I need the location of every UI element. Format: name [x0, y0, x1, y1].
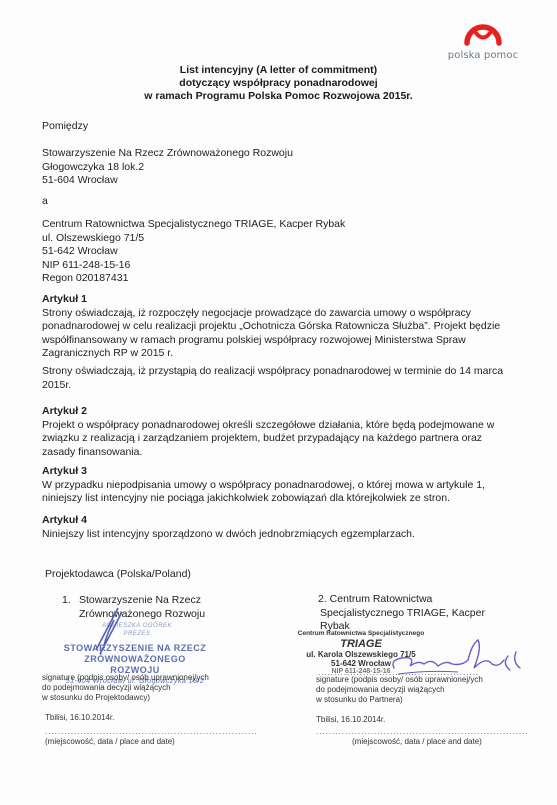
- article-1-extra: Strony oświadczają, iż przystąpią do rea…: [42, 365, 503, 392]
- left-caption-line-1: signature (podpis osoby/ osób uprawnione…: [42, 673, 209, 683]
- party-1-block: Stowarzyszenie Na Rzecz Zrównoważonego R…: [42, 147, 293, 188]
- title-line-1: List intencyjny (A letter of commitment): [0, 64, 557, 77]
- signatures-heading: Projektodawca (Polska/Poland): [45, 568, 191, 582]
- right-place-date: Tbilisi, 16.10.2014r.: [316, 715, 385, 725]
- right-place-dots: ........................................…: [316, 727, 529, 736]
- polska-pomoc-smile-icon: [462, 12, 504, 46]
- article-1-extra-line: Strony oświadczają, iż przystąpią do rea…: [42, 365, 503, 379]
- title-line-3: w ramach Programu Polska Pomoc Rozwojowa…: [0, 90, 557, 103]
- party-2-city: 51-642 Wrocław: [42, 245, 345, 259]
- left-signature-caption: signature (podpis osoby/ osób uprawnione…: [42, 673, 209, 703]
- article-3-heading: Artykuł 3: [42, 465, 485, 479]
- party-2-name: Centrum Ratownictwa Specjalistycznego TR…: [42, 218, 345, 232]
- right-party-name: 2. Centrum Ratownictwa Specjalistycznego…: [318, 593, 485, 634]
- right-caption-line-3: w stosunku do Partnera): [316, 695, 483, 705]
- article-2-line: Projekt o współpracy ponadnarodowej okre…: [42, 419, 494, 433]
- article-3-line: W przypadku niepodpisania umowy o współp…: [42, 479, 485, 493]
- article-1-extra-line: 2015r.: [42, 379, 503, 393]
- left-caption-line-2: do podejmowania decyzji wiążących: [42, 683, 209, 693]
- right-party-name-line-1: 2. Centrum Ratownictwa: [318, 593, 485, 607]
- title-line-2: dotyczący współpracy ponadnarodowej: [0, 77, 557, 90]
- party-1-name: Stowarzyszenie Na Rzecz Zrównoważonego R…: [42, 147, 293, 161]
- right-signature-caption: signature (podpis osoby/ osób uprawnione…: [316, 675, 483, 705]
- article-3: Artykuł 3 W przypadku niepodpisania umow…: [42, 465, 485, 506]
- party-1-city: 51-604 Wrocław: [42, 174, 293, 188]
- party-2-regon: Regon 020187431: [42, 272, 345, 286]
- and-label: a: [42, 195, 48, 209]
- left-stamp-line-1: STOWARZYSZENIE NA RZECZ: [60, 643, 210, 654]
- logo-text: polska pomoc: [438, 50, 528, 61]
- article-1-line: Strony oświadczają, iż rozpoczęły negocj…: [42, 307, 500, 321]
- left-place-dots: ........................................…: [45, 727, 258, 736]
- article-1-heading: Artykuł 1: [42, 293, 500, 307]
- article-3-line: niniejszy list intencyjny nie pociąga ja…: [42, 492, 485, 506]
- article-1-line: ponadnarodowej w celu realizacji projekt…: [42, 320, 500, 334]
- article-2-line: związku z realizacją i zarządzaniem proj…: [42, 432, 494, 446]
- article-4-line: Niniejszy list intencyjny sporządzono w …: [42, 528, 415, 542]
- left-place-date: Tbilisi, 16.10.2014r.: [45, 713, 114, 723]
- left-place-caption: (miejscowość, data / place and date): [45, 737, 175, 747]
- right-caption-line-2: do podejmowania decyzji wiążących: [316, 685, 483, 695]
- polska-pomoc-logo: polska pomoc: [438, 12, 528, 61]
- right-party-name-line-2: Specjalistycznego TRIAGE, Kacper: [318, 607, 485, 621]
- article-2-line: zasady finansowania.: [42, 446, 494, 460]
- article-4-heading: Artykuł 4: [42, 514, 415, 528]
- party-2-block: Centrum Ratownictwa Specjalistycznego TR…: [42, 218, 345, 286]
- right-caption-line-1: signature (podpis osoby/ osób uprawnione…: [316, 675, 483, 685]
- party-2-address: ul. Olszewskiego 71/5: [42, 232, 345, 246]
- article-2: Artykuł 2 Projekt o współpracy ponadnaro…: [42, 405, 494, 459]
- left-party-number: 1.: [62, 594, 71, 606]
- party-1-address: Głogowczyka 18 lok.2: [42, 161, 293, 175]
- party-2-nip: NIP 611-248-15-16: [42, 259, 345, 273]
- article-1: Artykuł 1 Strony oświadczają, iż rozpocz…: [42, 293, 500, 361]
- left-caption-line-3: w stosunku do Projektodawcy): [42, 693, 209, 703]
- left-party-name: 1. Stowarzyszenie Na Rzecz Zrównoważoneg…: [62, 594, 71, 608]
- document-title: List intencyjny (A letter of commitment)…: [0, 64, 557, 103]
- between-label: Pomiędzy: [42, 120, 88, 134]
- article-4: Artykuł 4 Niniejszy list intencyjny spor…: [42, 514, 415, 541]
- article-1-line: Zagranicznych RP w 2015 r.: [42, 347, 500, 361]
- right-stamp-line-1: Centrum Ratownictwa Specjalistycznego: [296, 630, 426, 638]
- article-1-line: współfinansowany w ramach programu polsk…: [42, 334, 500, 348]
- article-2-heading: Artykuł 2: [42, 405, 494, 419]
- right-place-caption: (miejscowość, data / place and date): [352, 737, 482, 747]
